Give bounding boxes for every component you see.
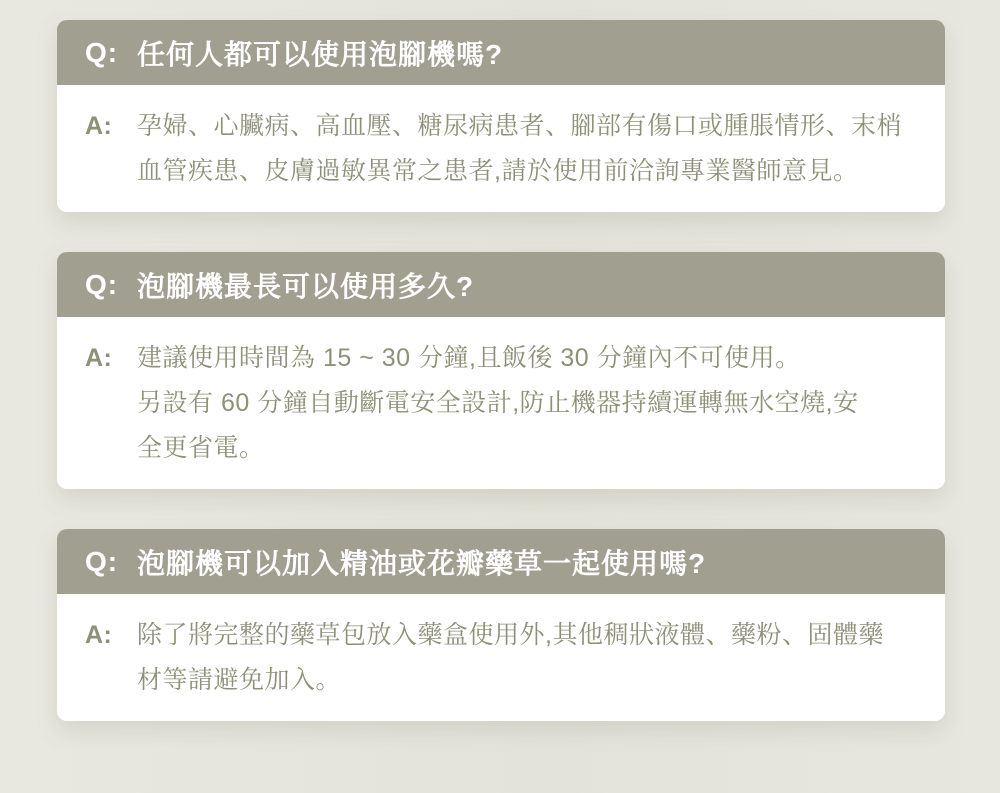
question-text: 泡腳機可以加入精油或花瓣藥草一起使用嗎? (137, 542, 706, 582)
answer-area-2: A: 建議使用時間為 15 ~ 30 分鐘,且飯後 30 分鐘內不可使用。 另設… (57, 317, 945, 489)
answer-area-3: A: 除了將完整的藥草包放入藥盒使用外,其他稠狀液體、藥粉、固體藥 材等請避免加… (57, 594, 945, 721)
question-bar-1: Q: 任何人都可以使用泡腳機嗎? (57, 20, 945, 85)
faq-card-2: Q: 泡腳機最長可以使用多久? A: 建議使用時間為 15 ~ 30 分鐘,且飯… (57, 252, 945, 489)
question-prefix: Q: (85, 546, 137, 578)
answer-prefix: A: (85, 613, 137, 658)
answer-prefix: A: (85, 336, 137, 381)
answer-text: 孕婦、心臟病、高血壓、糖尿病患者、腳部有傷口或腫脹情形、末梢 血管疾患、皮膚過敏… (137, 104, 921, 194)
answer-prefix: A: (85, 104, 137, 149)
question-prefix: Q: (85, 269, 137, 301)
faq-card-1: Q: 任何人都可以使用泡腳機嗎? A: 孕婦、心臟病、高血壓、糖尿病患者、腳部有… (57, 20, 945, 212)
faq-card-3: Q: 泡腳機可以加入精油或花瓣藥草一起使用嗎? A: 除了將完整的藥草包放入藥盒… (57, 529, 945, 721)
question-prefix: Q: (85, 37, 137, 69)
answer-text: 建議使用時間為 15 ~ 30 分鐘,且飯後 30 分鐘內不可使用。 另設有 6… (137, 336, 921, 471)
question-bar-3: Q: 泡腳機可以加入精油或花瓣藥草一起使用嗎? (57, 529, 945, 594)
answer-text: 除了將完整的藥草包放入藥盒使用外,其他稠狀液體、藥粉、固體藥 材等請避免加入。 (137, 613, 921, 703)
answer-area-1: A: 孕婦、心臟病、高血壓、糖尿病患者、腳部有傷口或腫脹情形、末梢 血管疾患、皮… (57, 85, 945, 212)
faq-page: Q: 任何人都可以使用泡腳機嗎? A: 孕婦、心臟病、高血壓、糖尿病患者、腳部有… (0, 0, 1000, 793)
question-text: 任何人都可以使用泡腳機嗎? (137, 33, 503, 73)
question-bar-2: Q: 泡腳機最長可以使用多久? (57, 252, 945, 317)
question-text: 泡腳機最長可以使用多久? (137, 265, 474, 305)
